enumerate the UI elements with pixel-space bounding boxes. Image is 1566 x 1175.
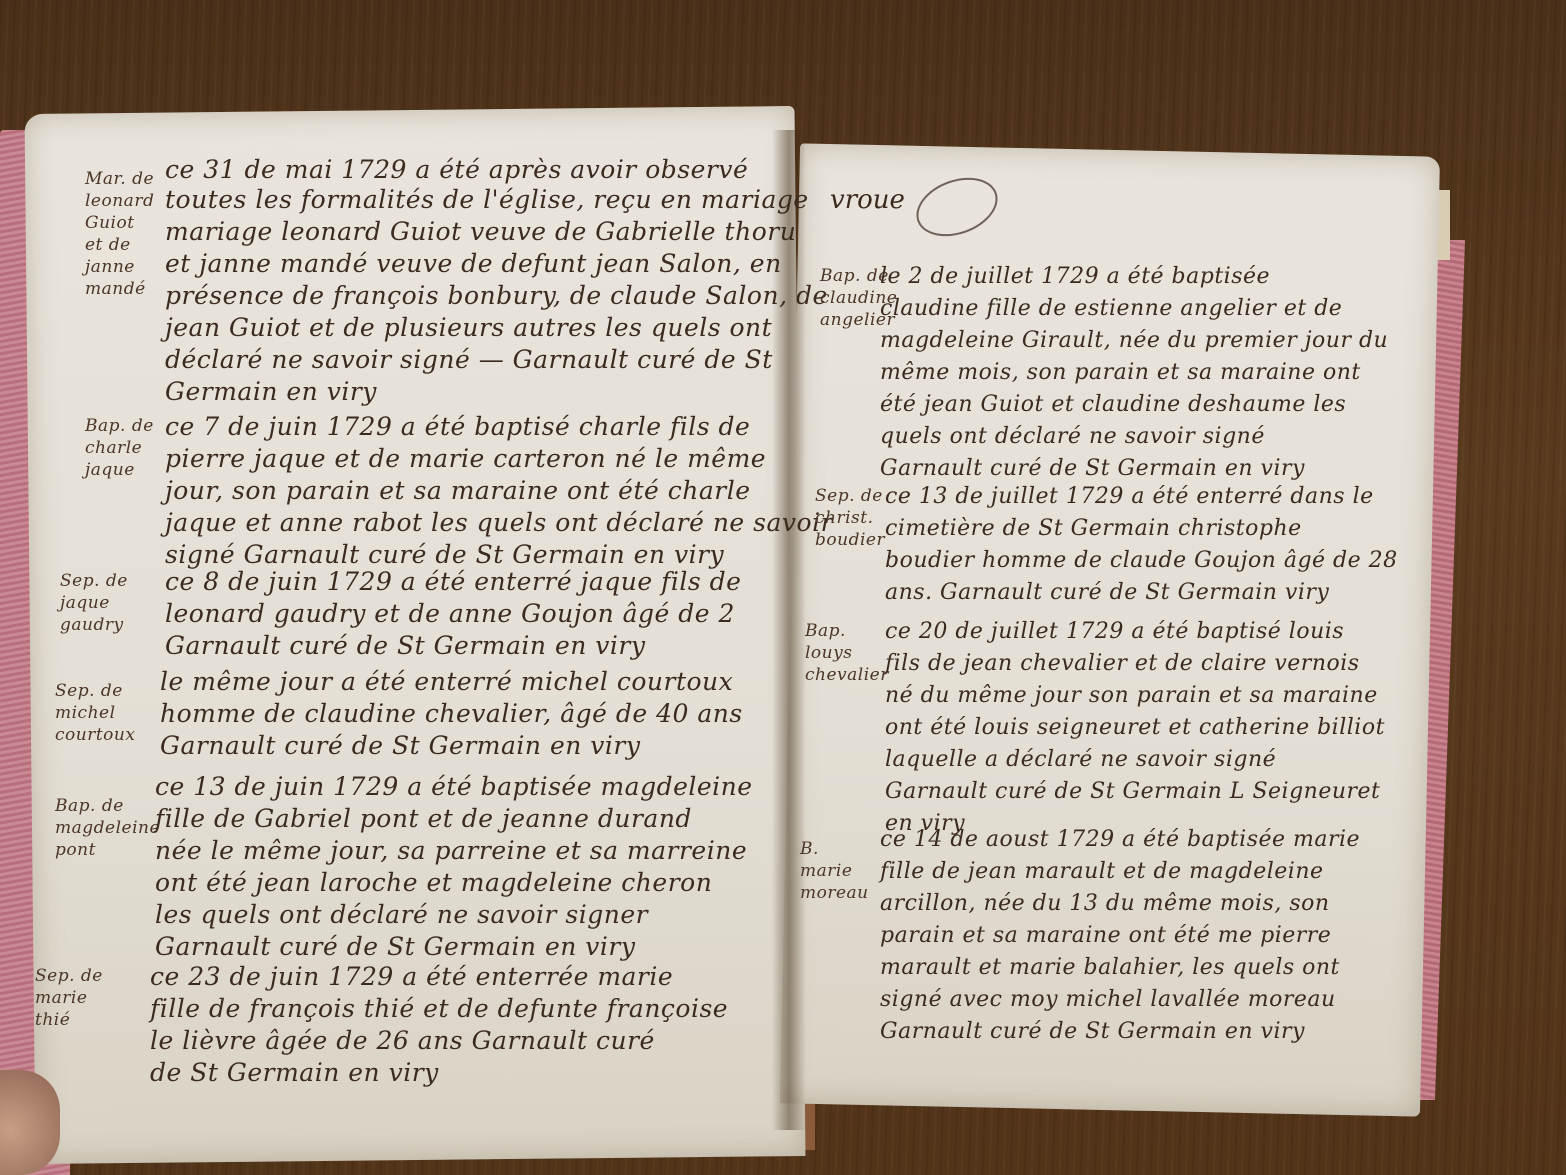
entry-line: Garnault curé de St Germain en viry (880, 1010, 1305, 1054)
margin-note: Sep. de michel courtoux (55, 680, 125, 746)
margin-note: Bap. de magdeleine pont (55, 795, 125, 861)
margin-note: Sep. de marie thié (35, 965, 105, 1031)
page-header: vroue (830, 185, 905, 215)
margin-note: Sep. de christ. boudier (815, 485, 885, 551)
margin-note: Bap. de charle jaque (85, 415, 155, 481)
entry-line: ans. Garnault curé de St Germain viry (885, 571, 1329, 615)
entry-line: Garnault curé de St Germain en viry (160, 724, 641, 768)
margin-note: Mar. de leonard Guiot et de janne mandé (85, 168, 155, 300)
margin-note: Bap. louys chevalier (805, 620, 875, 686)
margin-note: B. marie moreau (800, 838, 870, 904)
margin-note: Sep. de jaque gaudry (60, 570, 130, 636)
entry-line: de St Germain en viry (150, 1051, 439, 1095)
thumb (0, 1070, 60, 1175)
